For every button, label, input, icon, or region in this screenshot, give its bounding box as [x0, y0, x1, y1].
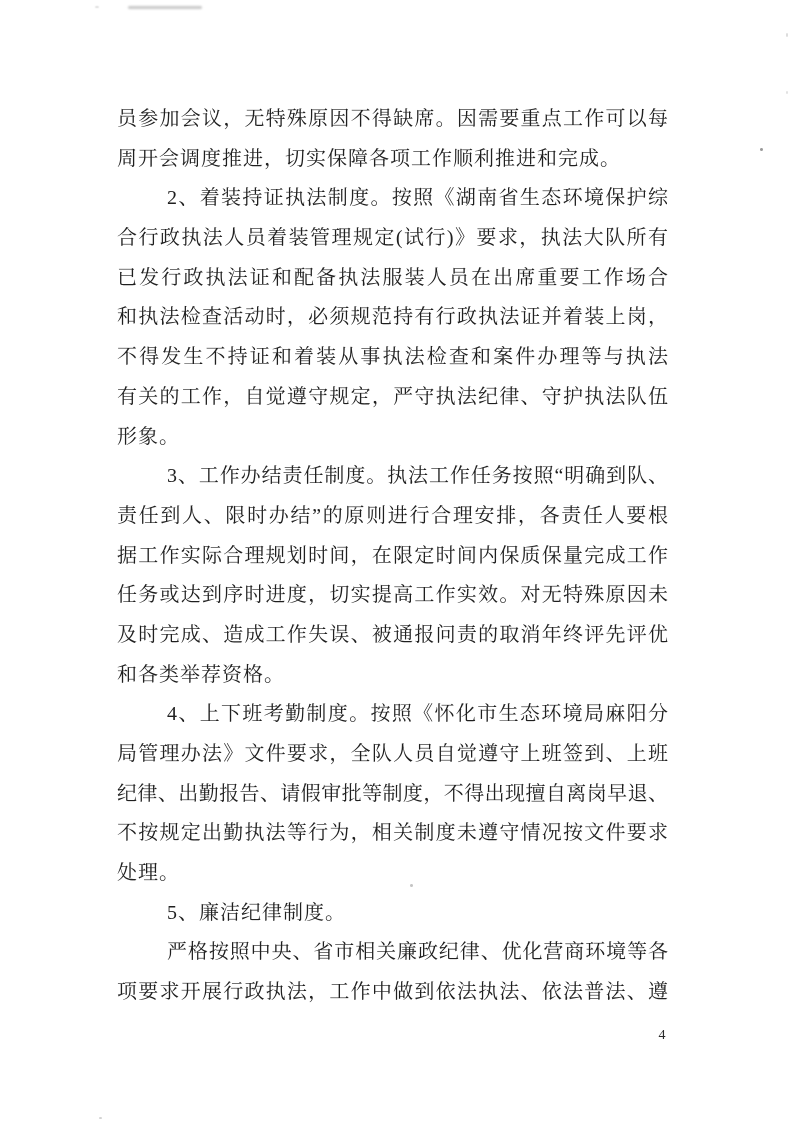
text-line: 处理。 — [117, 854, 668, 894]
text-line: 纪律、出勤报告、请假审批等制度，不得出现擅自离岗早退、 — [117, 775, 668, 815]
text-line: 及时完成、造成工作失误、被通报问责的取消年终评先评优 — [117, 616, 668, 656]
text-line: 周开会调度推进，切实保障各项工作顺利推进和完成。 — [117, 140, 668, 180]
document-page: 员参加会议，无特殊原因不得缺席。因需要重点工作可以每周开会调度推进，切实保障各项… — [0, 0, 793, 1121]
scan-speck-artifact — [786, 33, 788, 37]
text-line: 和各类举荐资格。 — [117, 656, 668, 696]
text-line: 已发行政执法证和配备执法服装人员在出席重要工作场合 — [117, 259, 668, 299]
text-line: 据工作实际合理规划时间，在限定时间内保质保量完成工作 — [117, 537, 668, 577]
text-line: 项要求开展行政执法，工作中做到依法执法、依法普法、遵 — [117, 973, 668, 1013]
text-line: 局管理办法》文件要求，全队人员自觉遵守上班签到、上班 — [117, 735, 668, 775]
scan-speck-artifact — [786, 91, 788, 94]
text-line: 2、着装持证执法制度。按照《湖南省生态环境保护综 — [117, 179, 668, 219]
text-line: 和执法检查活动时，必须规范持有行政执法证并着装上岗， — [117, 298, 668, 338]
text-line: 任务或达到序时进度，切实提高工作实效。对无特殊原因未 — [117, 576, 668, 616]
document-body: 员参加会议，无特殊原因不得缺席。因需要重点工作可以每周开会调度推进，切实保障各项… — [117, 100, 668, 1013]
text-line: 有关的工作，自觉遵守规定，严守执法纪律、守护执法队伍 — [117, 378, 668, 418]
text-line: 责任到人、限时办结”的原则进行合理安排，各责任人要根 — [117, 497, 668, 537]
text-line: 不得发生不持证和着装从事执法检查和案件办理等与执法 — [117, 338, 668, 378]
text-line: 严格按照中央、省市相关廉政纪律、优化营商环境等各 — [117, 933, 668, 973]
text-line: 5、廉洁纪律制度。 — [117, 894, 668, 934]
text-line: 不按规定出勤执法等行为，相关制度未遵守情况按文件要求 — [117, 814, 668, 854]
text-line: 形象。 — [117, 418, 668, 458]
scan-streak-artifact — [128, 6, 202, 9]
text-line: 3、工作办结责任制度。执法工作任务按照“明确到队、 — [117, 457, 668, 497]
text-line: 员参加会议，无特殊原因不得缺席。因需要重点工作可以每 — [117, 100, 668, 140]
page-number: 4 — [652, 1028, 672, 1044]
text-line: 合行政执法人员着装管理规定(试行)》要求，执法大队所有 — [117, 219, 668, 259]
scan-speck-artifact — [95, 6, 99, 8]
scan-speck-artifact — [760, 148, 763, 151]
text-line: 4、上下班考勤制度。按照《怀化市生态环境局麻阳分 — [117, 695, 668, 735]
scan-speck-artifact — [99, 1117, 102, 1119]
